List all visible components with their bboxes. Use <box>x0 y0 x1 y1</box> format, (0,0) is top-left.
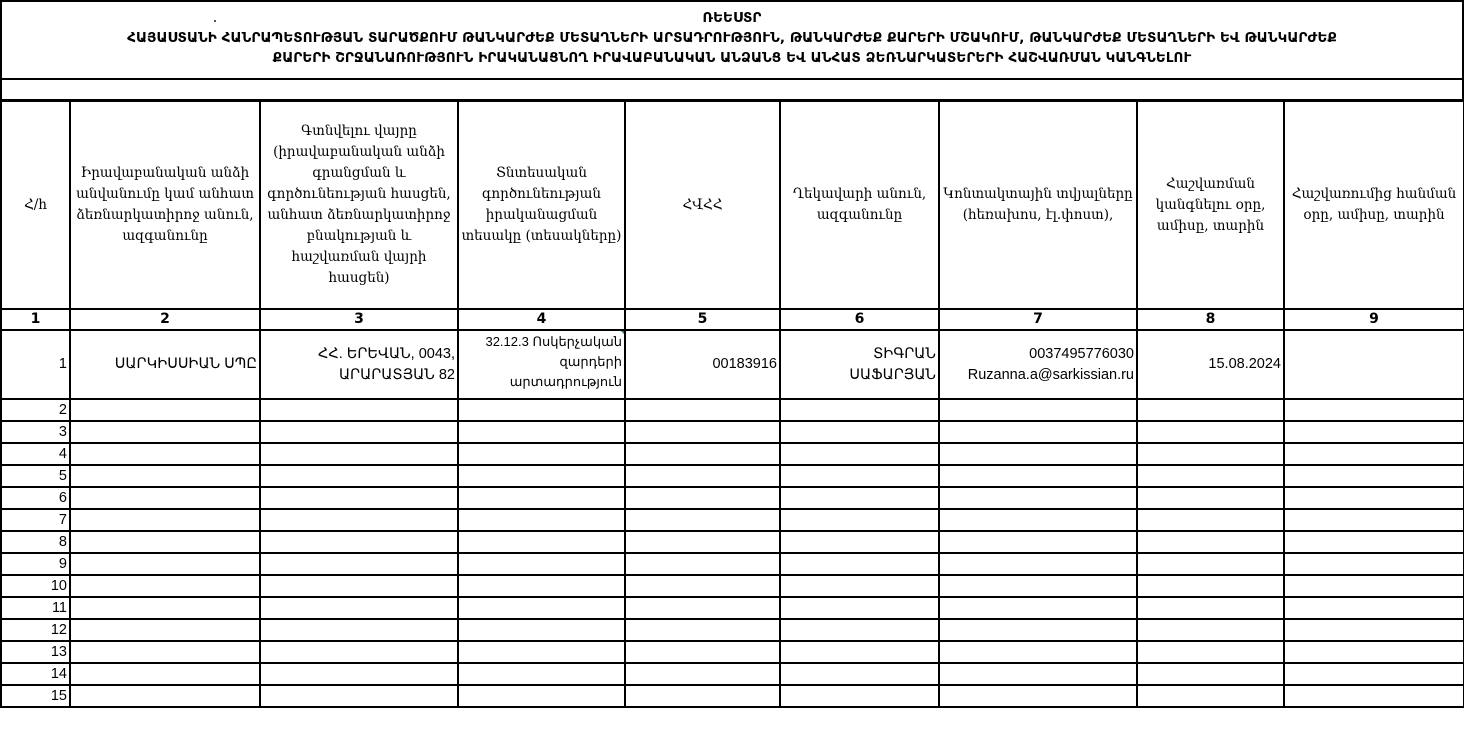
empty-cell[interactable] <box>1284 399 1464 421</box>
table-row: 1 ՍԱՐԿԻՍՍԻԱՆ ՍՊԸ ՀՀ. ԵՐԵՎԱՆ, 0043, ԱՐԱՐԱ… <box>1 330 1464 399</box>
contact-email: Ruzanna.a@sarkissian.ru <box>942 365 1134 386</box>
empty-cell[interactable] <box>625 619 780 641</box>
empty-cell[interactable] <box>260 597 458 619</box>
activity-cell[interactable]: 32.12.3 Ոսկերչական զարդերի արտադրություն <box>458 330 625 399</box>
header-cell[interactable]: Գտնվելու վայրը (իրավաբանական անձի գրանցմ… <box>260 101 458 309</box>
empty-cell[interactable] <box>458 685 625 707</box>
empty-cell[interactable] <box>780 663 939 685</box>
row-number-cell[interactable]: 12 <box>1 619 70 641</box>
empty-cell[interactable] <box>70 597 260 619</box>
empty-cell[interactable] <box>780 509 939 531</box>
row-number-cell[interactable]: 6 <box>1 487 70 509</box>
empty-cell[interactable] <box>939 641 1137 663</box>
empty-cell[interactable] <box>70 487 260 509</box>
empty-cell[interactable] <box>260 641 458 663</box>
activity-line: զարդերի <box>461 352 622 372</box>
empty-cell[interactable] <box>70 531 260 553</box>
column-number-cell[interactable]: 2 <box>70 309 260 330</box>
empty-cell[interactable] <box>1284 575 1464 597</box>
column-number-cell[interactable]: 1 <box>1 309 70 330</box>
empty-cell[interactable] <box>1137 509 1284 531</box>
column-number-cell[interactable]: 4 <box>458 309 625 330</box>
row-number-cell[interactable]: 11 <box>1 597 70 619</box>
empty-cell[interactable] <box>1284 597 1464 619</box>
empty-cell[interactable] <box>625 421 780 443</box>
empty-cell[interactable] <box>260 487 458 509</box>
empty-cell[interactable] <box>1284 421 1464 443</box>
empty-cell[interactable] <box>780 443 939 465</box>
header-cell[interactable]: Տնտեսական գործունեության իրականացման տես… <box>458 101 625 309</box>
table-row: 15 <box>1 685 1464 707</box>
empty-cell[interactable] <box>70 553 260 575</box>
table-row: 13 <box>1 641 1464 663</box>
row-number-cell[interactable]: 8 <box>1 531 70 553</box>
header-cell[interactable]: ՀՎՀՀ <box>625 101 780 309</box>
empty-cell[interactable] <box>780 685 939 707</box>
empty-cell[interactable] <box>780 531 939 553</box>
empty-cell[interactable] <box>1137 443 1284 465</box>
empty-cell[interactable] <box>625 641 780 663</box>
row-number-cell[interactable]: 4 <box>1 443 70 465</box>
empty-cell[interactable] <box>260 399 458 421</box>
empty-cell[interactable] <box>1137 597 1284 619</box>
empty-cell[interactable] <box>458 487 625 509</box>
row-number-cell[interactable]: 7 <box>1 509 70 531</box>
empty-cell[interactable] <box>260 421 458 443</box>
header-cell[interactable]: Իրավաբանական անձի անվանումը կամ անհատ ձե… <box>70 101 260 309</box>
header-cell[interactable]: Կոնտակտային տվյալները (հեռախոս, էլ.փոստ)… <box>939 101 1137 309</box>
empty-cell[interactable] <box>625 685 780 707</box>
row-number-cell[interactable]: 2 <box>1 399 70 421</box>
empty-cell[interactable] <box>1284 487 1464 509</box>
address-cell[interactable]: ՀՀ. ԵՐԵՎԱՆ, 0043, ԱՐԱՐԱՏՅԱՆ 82 <box>260 330 458 399</box>
empty-cell[interactable] <box>1284 531 1464 553</box>
empty-cell[interactable] <box>939 465 1137 487</box>
empty-cell[interactable] <box>939 575 1137 597</box>
empty-cell[interactable] <box>1137 399 1284 421</box>
empty-cell[interactable] <box>780 421 939 443</box>
table-row: 6 <box>1 487 1464 509</box>
empty-cell[interactable] <box>1137 487 1284 509</box>
empty-cell[interactable] <box>1137 685 1284 707</box>
empty-cell[interactable] <box>458 399 625 421</box>
header-row: Հ/հ Իրավաբանական անձի անվանումը կամ անհա… <box>1 101 1464 309</box>
empty-cell[interactable] <box>260 553 458 575</box>
contact-phone: 0037495776030 <box>942 344 1134 365</box>
entity-name-cell[interactable]: ՍԱՐԿԻՍՍԻԱՆ ՍՊԸ <box>70 330 260 399</box>
empty-cell[interactable] <box>625 553 780 575</box>
empty-cell[interactable] <box>780 641 939 663</box>
empty-cell[interactable] <box>780 487 939 509</box>
director-line: ՍԱՖԱՐՅԱՆ <box>783 365 936 386</box>
empty-cell[interactable] <box>260 509 458 531</box>
empty-cell[interactable] <box>1137 531 1284 553</box>
registered-date-cell[interactable]: 15.08.2024 <box>1137 330 1284 399</box>
header-cell[interactable]: Հաշվառման կանգնելու օրը, ամիսը, տարին <box>1137 101 1284 309</box>
empty-cell[interactable] <box>1137 641 1284 663</box>
document-subtitle-line-2: ՔԱՐԵՐԻ ՇՐՋԱՆԱՌՈՒԹՅՈՒՆ ԻՐԱԿԱՆԱՑՆՈՂ ԻՐԱՎԱԲ… <box>2 48 1462 68</box>
empty-cell[interactable] <box>260 619 458 641</box>
address-line: ՀՀ. ԵՐԵՎԱՆ, 0043, <box>263 344 455 365</box>
address-line: ԱՐԱՐԱՏՅԱՆ 82 <box>263 365 455 386</box>
empty-cell[interactable] <box>939 399 1137 421</box>
document-subtitle-line-1: ՀԱՅԱՍՏԱՆԻ ՀԱՆՐԱՊԵՏՈՒԹՅԱՆ ՏԱՐԱԾՔՈՒՄ ԹԱՆԿԱ… <box>2 28 1462 48</box>
empty-cell[interactable] <box>1284 685 1464 707</box>
table-row: 3 <box>1 421 1464 443</box>
tin-cell[interactable]: 00183916 <box>625 330 780 399</box>
column-number-cell[interactable]: 8 <box>1137 309 1284 330</box>
director-cell[interactable]: ՏԻԳՐԱՆ ՍԱՖԱՐՅԱՆ <box>780 330 939 399</box>
empty-cell[interactable] <box>939 531 1137 553</box>
empty-cell[interactable] <box>260 685 458 707</box>
column-number-row: 1 2 3 4 5 6 7 8 9 <box>1 309 1464 330</box>
column-number-cell[interactable]: 3 <box>260 309 458 330</box>
column-number-cell[interactable]: 9 <box>1284 309 1464 330</box>
table-row: 10 <box>1 575 1464 597</box>
empty-cell[interactable] <box>780 597 939 619</box>
comment-indicator-icon[interactable] <box>619 330 625 336</box>
table-row: 14 <box>1 663 1464 685</box>
empty-cell[interactable] <box>458 465 625 487</box>
table-row: 7 <box>1 509 1464 531</box>
table-row: 12 <box>1 619 1464 641</box>
empty-cell[interactable] <box>939 553 1137 575</box>
empty-cell[interactable] <box>1137 465 1284 487</box>
empty-cell[interactable] <box>625 663 780 685</box>
table-row: 4 <box>1 443 1464 465</box>
empty-cell[interactable] <box>1284 465 1464 487</box>
empty-cell[interactable] <box>780 465 939 487</box>
empty-cell[interactable] <box>260 663 458 685</box>
column-number-cell[interactable]: 5 <box>625 309 780 330</box>
empty-cell[interactable] <box>260 575 458 597</box>
empty-cell[interactable] <box>939 509 1137 531</box>
empty-cell[interactable] <box>625 465 780 487</box>
empty-cell[interactable] <box>625 531 780 553</box>
empty-cell[interactable] <box>70 663 260 685</box>
row-number-cell[interactable]: 3 <box>1 421 70 443</box>
empty-cell[interactable] <box>625 443 780 465</box>
empty-cell[interactable] <box>625 597 780 619</box>
empty-cell[interactable] <box>780 619 939 641</box>
empty-cell[interactable] <box>70 641 260 663</box>
blank-row[interactable] <box>0 78 1464 101</box>
empty-cell[interactable] <box>1137 619 1284 641</box>
empty-cell[interactable] <box>458 619 625 641</box>
empty-cell[interactable] <box>70 399 260 421</box>
empty-cell[interactable] <box>70 421 260 443</box>
empty-cell[interactable] <box>70 685 260 707</box>
column-number-cell[interactable]: 7 <box>939 309 1137 330</box>
empty-cell[interactable] <box>458 443 625 465</box>
row-number-cell[interactable]: 15 <box>1 685 70 707</box>
empty-cell[interactable] <box>939 421 1137 443</box>
empty-cell[interactable] <box>260 465 458 487</box>
table-row: 8 <box>1 531 1464 553</box>
empty-cell[interactable] <box>70 619 260 641</box>
empty-cell[interactable] <box>458 553 625 575</box>
empty-cell[interactable] <box>625 509 780 531</box>
document-title: ՌԵԵՍՏՐ <box>2 8 1462 28</box>
empty-cell[interactable] <box>260 443 458 465</box>
registry-table: Հ/հ Իրավաբանական անձի անվանումը կամ անհա… <box>0 100 1464 708</box>
row-number-cell[interactable]: 5 <box>1 465 70 487</box>
activity-line: արտադրություն <box>461 372 622 392</box>
empty-cell[interactable] <box>780 553 939 575</box>
empty-cell[interactable] <box>625 575 780 597</box>
empty-cell[interactable] <box>1137 663 1284 685</box>
table-row: 2 <box>1 399 1464 421</box>
empty-cell[interactable] <box>1137 575 1284 597</box>
empty-cell[interactable] <box>1284 641 1464 663</box>
empty-cell[interactable] <box>939 619 1137 641</box>
empty-cell[interactable] <box>625 399 780 421</box>
director-line: ՏԻԳՐԱՆ <box>783 344 936 365</box>
empty-cell[interactable] <box>780 575 939 597</box>
row-number-cell[interactable]: 14 <box>1 663 70 685</box>
table-row: 9 <box>1 553 1464 575</box>
empty-cell[interactable] <box>260 531 458 553</box>
empty-cell[interactable] <box>458 575 625 597</box>
deregistered-date-cell[interactable] <box>1284 330 1464 399</box>
header-cell[interactable]: Ղեկավարի անուն, ազգանունը <box>780 101 939 309</box>
header-cell[interactable]: Հ/հ <box>1 101 70 309</box>
row-number-cell[interactable]: 10 <box>1 575 70 597</box>
empty-cell[interactable] <box>939 685 1137 707</box>
empty-cell[interactable] <box>939 443 1137 465</box>
empty-cell[interactable] <box>70 443 260 465</box>
empty-cell[interactable] <box>458 421 625 443</box>
empty-cell[interactable] <box>1284 619 1464 641</box>
row-number-cell[interactable]: 9 <box>1 553 70 575</box>
empty-cell[interactable] <box>1284 509 1464 531</box>
empty-cell[interactable] <box>625 487 780 509</box>
empty-cell[interactable] <box>939 663 1137 685</box>
empty-cell[interactable] <box>780 399 939 421</box>
empty-cell[interactable] <box>939 597 1137 619</box>
table-row: 11 <box>1 597 1464 619</box>
empty-cell[interactable] <box>458 597 625 619</box>
empty-cell[interactable] <box>70 465 260 487</box>
empty-cell[interactable] <box>458 509 625 531</box>
empty-cell[interactable] <box>458 641 625 663</box>
header-cell[interactable]: Հաշվառումից հանման օրը, ամիսը, տարին <box>1284 101 1464 309</box>
row-number-cell[interactable]: 13 <box>1 641 70 663</box>
row-number-cell[interactable]: 1 <box>1 330 70 399</box>
empty-cell[interactable] <box>70 509 260 531</box>
empty-cell[interactable] <box>458 663 625 685</box>
empty-cell[interactable] <box>1284 553 1464 575</box>
contacts-cell[interactable]: 0037495776030 Ruzanna.a@sarkissian.ru <box>939 330 1137 399</box>
empty-cell[interactable] <box>939 487 1137 509</box>
title-block[interactable]: ՌԵԵՍՏՐ ՀԱՅԱՍՏԱՆԻ ՀԱՆՐԱՊԵՏՈՒԹՅԱՆ ՏԱՐԱԾՔՈՒ… <box>0 0 1464 80</box>
empty-cell[interactable] <box>1137 421 1284 443</box>
stray-dot <box>214 20 216 22</box>
activity-line: 32.12.3 Ոսկերչական <box>461 332 622 352</box>
column-number-cell[interactable]: 6 <box>780 309 939 330</box>
table-row: 5 <box>1 465 1464 487</box>
empty-cell[interactable] <box>70 575 260 597</box>
empty-cell[interactable] <box>1284 443 1464 465</box>
empty-cell[interactable] <box>1284 663 1464 685</box>
empty-cell[interactable] <box>458 531 625 553</box>
empty-cell[interactable] <box>1137 553 1284 575</box>
